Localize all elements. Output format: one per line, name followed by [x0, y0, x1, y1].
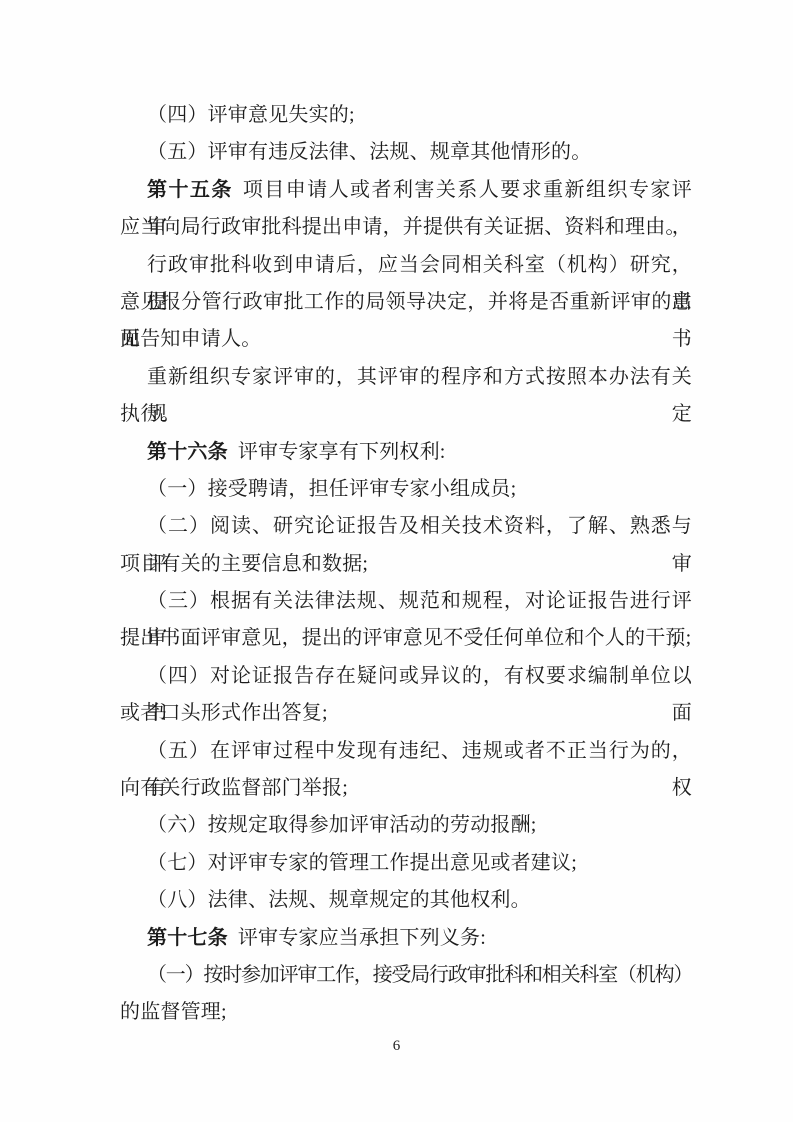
text-line: 提出书面评审意见，提出的评审意见不受任何单位和个人的干预;	[120, 620, 692, 657]
document-page: （四）评审意见失实的; （五）评审有违反法律、法规、规章其他情形的。 第十五条项…	[0, 0, 793, 1122]
text-line: 的监督管理;	[120, 994, 692, 1031]
text-line: （四）评审意见失实的;	[120, 97, 692, 134]
article-number: 第十七条	[147, 927, 228, 949]
article-text: 评审专家享有下列权利:	[238, 441, 446, 463]
article-15-line: 第十五条项目申请人或者利害关系人要求重新组织专家评审，	[120, 172, 692, 209]
text-line: （五）在评审过程中发现有违纪、违规或者不正当行为的，有权	[120, 733, 692, 770]
text-line: 重新组织专家评审的，其评审的程序和方式按照本办法有关规定	[120, 359, 692, 396]
document-body: （四）评审意见失实的; （五）评审有违反法律、法规、规章其他情形的。 第十五条项…	[120, 97, 692, 1032]
text-line: 意见报分管行政审批工作的局领导决定，并将是否重新评审的意见书	[120, 284, 692, 321]
article-number: 第十五条	[147, 179, 233, 201]
text-line: （一）接受聘请，担任评审专家小组成员;	[120, 471, 692, 508]
article-17-line: 第十七条评审专家应当承担下列义务:	[120, 920, 692, 957]
text-line: （二）阅读、研究论证报告及相关技术资料，了解、熟悉与评审	[120, 508, 692, 545]
text-line: （三）根据有关法律法规、规范和规程，对论证报告进行评审，	[120, 583, 692, 620]
text-line: （七）对评审专家的管理工作提出意见或者建议;	[120, 845, 692, 882]
text-line: （六）按规定取得参加评审活动的劳动报酬;	[120, 807, 692, 844]
text-line: （一）按时参加评审工作，接受局行政审批科和相关科室（机构）	[120, 957, 692, 994]
article-number: 第十六条	[147, 441, 228, 463]
page-number: 6	[0, 1036, 793, 1056]
article-16-line: 第十六条评审专家享有下列权利:	[120, 434, 692, 471]
text-line: （四）对论证报告存在疑问或异议的，有权要求编制单位以书面	[120, 658, 692, 695]
text-line: （五）评审有违反法律、法规、规章其他情形的。	[120, 134, 692, 171]
article-text: 评审专家应当承担下列义务:	[238, 927, 486, 949]
text-line: 行政审批科收到申请后，应当会同相关科室（机构）研究，提出	[120, 247, 692, 284]
text-line: （八）法律、法规、规章规定的其他权利。	[120, 882, 692, 919]
text-line: 应当向局行政审批科提出申请，并提供有关证据、资料和理由。	[120, 209, 692, 246]
